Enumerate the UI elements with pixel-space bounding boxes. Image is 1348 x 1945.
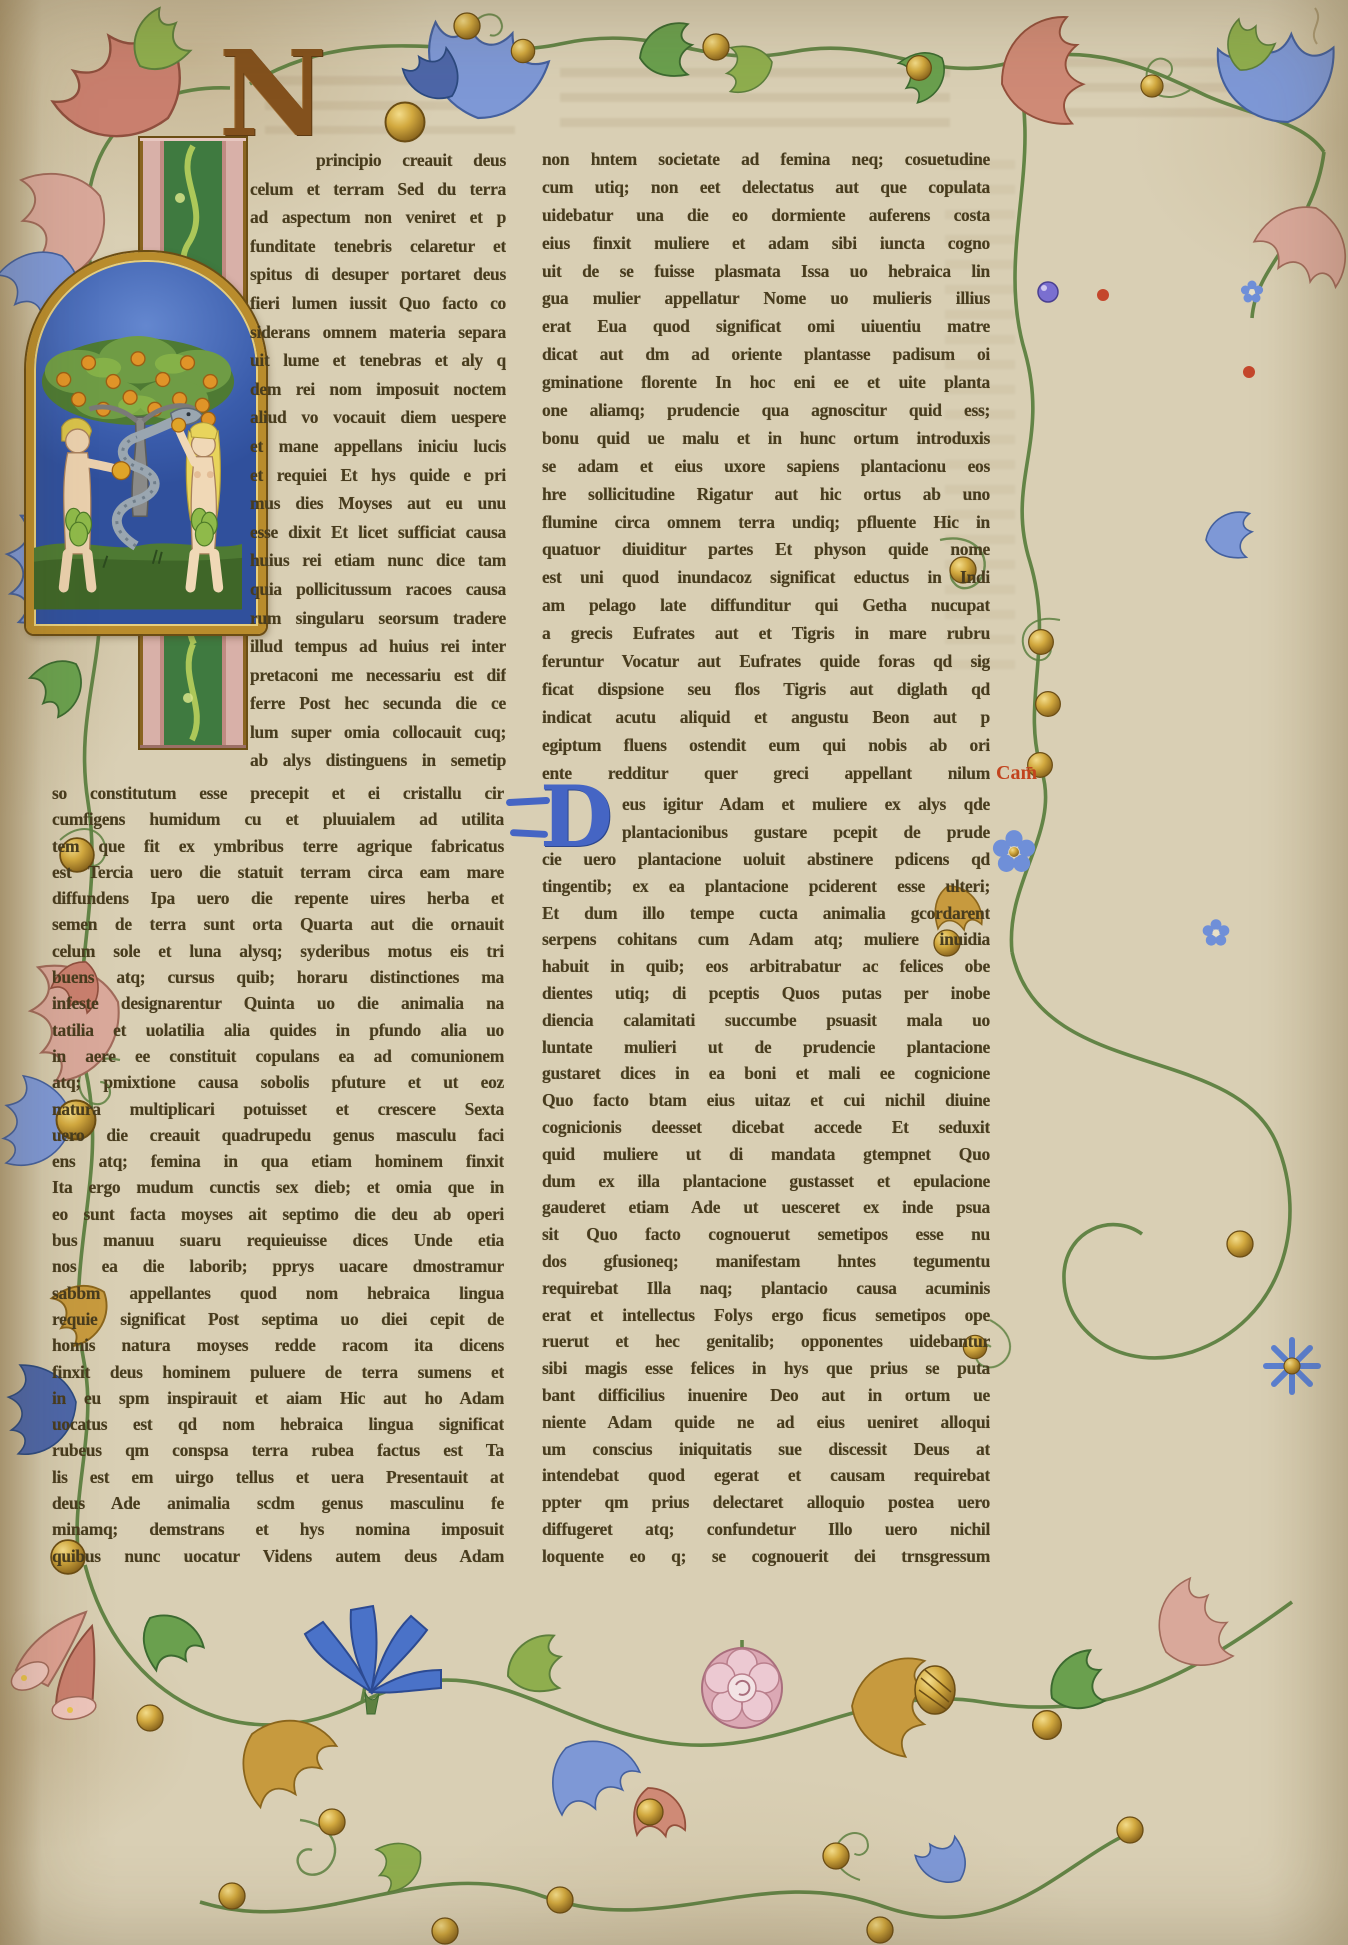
text-line: Quo facto btam eius uitaz et cui nichil … (542, 1087, 990, 1114)
text-line: infeste designarentur Quinta uo die anim… (52, 990, 504, 1016)
text-line: siderans omnem materia separa (250, 318, 506, 347)
text-line: homis natura moyses redde racom ita dice… (52, 1332, 504, 1358)
text-line: requirebat Illa naq; plantacio causa acu… (542, 1275, 990, 1302)
text-line: tem que fit ex ymbribus terre agrique fa… (52, 833, 504, 859)
text-line: ficat dispsione seu flos Tigris aut digl… (542, 676, 990, 704)
text-line: uit de se fuisse plasmata Issa uo hebrai… (542, 258, 990, 286)
text-line: lis est em uirgo tellus et uera Presenta… (52, 1464, 504, 1490)
text-line: in eu spm inspirauit et aiam Hic aut ho … (52, 1385, 504, 1411)
text-line: semen de terra sunt orta Quarta aut die … (52, 911, 504, 937)
text-line: finxit deus hominem puluere de terra sum… (52, 1359, 504, 1385)
text-line: celum sole et luna alysq; syderibus motu… (52, 938, 504, 964)
text-line: erat et intellectus Folys ergo ficus sem… (542, 1302, 990, 1329)
text-line: luntate mulieri ut de prudencie plantaci… (542, 1034, 990, 1061)
text-line: se adam et eius uxore sapiens plantacion… (542, 453, 990, 481)
text-line: flumine circa omnem terra undiq; pfluent… (542, 509, 990, 537)
trumpet-flowers-icon (7, 1612, 98, 1722)
text-line: Ita ergo mudum cunctis sex dieb; et omia… (52, 1174, 504, 1200)
text-line: illud tempus ad huius rei inter (250, 632, 506, 661)
adam-and-eve-miniature (26, 252, 266, 634)
column2-upper-text: non hntem societate ad femina neq; cosue… (542, 146, 990, 787)
text-line: non hntem societate ad femina neq; cosue… (542, 146, 990, 174)
cadel-monogram: N (208, 40, 338, 158)
text-line: et mane appellans iniciu lucis (250, 432, 506, 461)
text-line: quia pollicitussum racoes causa (250, 575, 506, 604)
text-line: bus manuu suaru requieuisse dices Unde e… (52, 1227, 504, 1253)
text-line: fieri lumen iussit Quo facto co (250, 289, 506, 318)
text-line: uocatus est qd nom hebraica lingua signi… (52, 1411, 504, 1437)
text-line: atq; pmixtione causa sobolis pfuture et … (52, 1069, 504, 1095)
text-line: uidebatur una die eo dormiente auferens … (542, 202, 990, 230)
text-line: est uni quod inundacoz significat eductu… (542, 564, 990, 592)
text-line: deus Ade animalia scdm genus masculinu f… (52, 1490, 504, 1516)
text-line: rubeus qm conspsa terra rubea factus est… (52, 1437, 504, 1463)
text-line: plantacionibus gustare pcepit de prude (622, 818, 990, 846)
text-line: eo sunt facta moyses ait septimo die deu… (52, 1201, 504, 1227)
text-line: tingentib; ex ea plantacione pciderent e… (542, 873, 990, 900)
text-line: um conscius iniquitatis sue discessit De… (542, 1436, 990, 1463)
text-line: quatuor diuiditur partes Et physon quide… (542, 536, 990, 564)
red-rubric: Cam̄ (996, 762, 1037, 785)
text-line: diffundens Ipa uero die repente uires he… (52, 885, 504, 911)
text-line: aliud vo vocauit diem uespere (250, 403, 506, 432)
text-line: quid muliere ut di mandata gtempnet Quo (542, 1141, 990, 1168)
text-line: ab alys distinguens in semetip (250, 746, 506, 775)
text-line: sibi magis esse felices in hys que prius… (542, 1355, 990, 1382)
text-line: cum utiq; non eet delectatus aut que cop… (542, 174, 990, 202)
text-line: pretaconi me necessariu est dif (250, 661, 506, 690)
text-line: intendebat quod egerat et causam require… (542, 1462, 990, 1489)
text-line: et requiei Et hys quide e pri (250, 461, 506, 490)
text-line: tatilia et uolatilia alia quides in pfun… (52, 1017, 504, 1043)
text-line: bonu quid ue malu et in hunc ortum intro… (542, 425, 990, 453)
text-line: uit lume et tenebras et aly q (250, 346, 506, 375)
text-line: one aliamq; prudencie qua agnoscitur qui… (542, 397, 990, 425)
text-line: indicat acutu aliquid et angustu Beon au… (542, 704, 990, 732)
text-line: lum super omia collocauit cuq; (250, 718, 506, 747)
text-line: requie significat Post septima uo diei c… (52, 1306, 504, 1332)
column1-lower-text: so constitutum esse precepit et ei crist… (52, 780, 504, 1569)
text-line: cumfigens humidum cu et pluuialem ad uti… (52, 806, 504, 832)
text-line: diffugeret atq; confundetur Illo uero ni… (542, 1516, 990, 1543)
text-line: est Tercia uero die statuit terram circa… (52, 859, 504, 885)
text-line: gminatione florente In hoc eni ee et uit… (542, 369, 990, 397)
text-line: niente Adam quide ne ad eius ueniret all… (542, 1409, 990, 1436)
fruit-in-eve-hand (172, 418, 186, 432)
text-line: eius finxit muliere et adam sibi iuncta … (542, 230, 990, 258)
text-line: so constitutum esse precepit et ei crist… (52, 780, 504, 806)
text-line: a grecis Eufrates aut et Tigris in mare … (542, 620, 990, 648)
text-line: eus igitur Adam et muliere ex alys qde (622, 790, 990, 818)
text-line: gua mulier appellatur Nome uo mulieris i… (542, 285, 990, 313)
text-line: loquente eo q; se cognouerit dei trnsgre… (542, 1543, 990, 1570)
text-line: dientes utiq; di pceptis Quos putas per … (542, 980, 990, 1007)
rose-flower-icon (702, 1648, 782, 1728)
text-line: Et dum illo tempe cucta animalia gcordar… (542, 900, 990, 927)
text-line: egiptum fluens ostendit eum qui nobis ab… (542, 732, 990, 760)
text-line: dem rei nom imposuit noctem (250, 375, 506, 404)
column2-initial-d-text: eus igitur Adam et muliere ex alys qdepl… (622, 790, 990, 846)
text-line: mus dies Moyses aut eu unu (250, 489, 506, 518)
text-line: funditate tenebris celaretur et (250, 232, 506, 261)
text-line: quibus nunc uocatur Videns autem deus Ad… (52, 1543, 504, 1569)
text-line: erat Eua quod significat omi uiuentiu ma… (542, 313, 990, 341)
text-line: principio creauit deus (250, 146, 506, 175)
text-line: ruerut et hec genitalib; opponentes uide… (542, 1328, 990, 1355)
text-line: buens atq; cursus quib; horaru distincti… (52, 964, 504, 990)
text-line: uero die creauit quadrupedu genus mascul… (52, 1122, 504, 1148)
column1-upper-text: principio creauit deuscelum et terram Se… (250, 146, 506, 775)
text-line: dos gfusioneq; manifestam hntes tegument… (542, 1248, 990, 1275)
text-line: huius rei etiam nunc dice tam (250, 546, 506, 575)
aster-flower-icon (1266, 1340, 1318, 1392)
text-line: diencia calamitati succumbe psuasit mala… (542, 1007, 990, 1034)
text-line: dicat aut dm ad oriente plantasse padisu… (542, 341, 990, 369)
column2-lower-text: cie uero plantacione uoluit abstinere pd… (542, 846, 990, 1570)
text-line: ppter qm prius delectaret alloquio poste… (542, 1489, 990, 1516)
text-line: in aere ee constituit copulans ea ad com… (52, 1043, 504, 1069)
text-line: ad aspectum non veniret et p (250, 203, 506, 232)
text-line: gauderet etiam Ade ut uesceret ex inde p… (542, 1194, 990, 1221)
text-line: hre sollicitudine Rigatur aut hic ortus … (542, 481, 990, 509)
text-line: serpens cohitans cum Adam atq; muliere i… (542, 926, 990, 953)
text-line: habuit in quib; eos arbitrabatur ac feli… (542, 953, 990, 980)
text-line: celum et terram Sed du terra (250, 175, 506, 204)
text-line: esse dixit Et licet sufficiat causa (250, 518, 506, 547)
text-line: natura multiplicari potuisset et crescer… (52, 1096, 504, 1122)
text-line: cognicionis deesset dicebat accede Et se… (542, 1114, 990, 1141)
text-line: sabbm appellantes quod nom hebraica ling… (52, 1280, 504, 1306)
text-line: ens atq; femina in qua etiam hominem fin… (52, 1148, 504, 1174)
text-line: sit Quo facto cognouerut semetipos esse … (542, 1221, 990, 1248)
blue-flower-icon (993, 830, 1035, 872)
text-line: am pelago late diffunditur qui Getha nuc… (542, 592, 990, 620)
manuscript-page: N (0, 0, 1348, 1945)
text-line: nos ea die laborib; pprys uacare dmostra… (52, 1253, 504, 1279)
text-line: rum singularu seorsum tradere (250, 604, 506, 633)
text-line: ferre Post hec secunda die ce (250, 689, 506, 718)
text-line: dum ex illa plantacione gustasset et epu… (542, 1168, 990, 1195)
text-line: gustaret dices in ea boni et mali ee cog… (542, 1060, 990, 1087)
text-line: spitus di desuper portaret deus (250, 260, 506, 289)
fruit-in-adam-hand (112, 462, 130, 480)
gold-bud-icon (915, 1666, 955, 1714)
lombard-initial-D: D (540, 778, 640, 862)
text-line: feruntur Vocatur aut Eufrates quide fora… (542, 648, 990, 676)
text-line: bant difficilius inuenire Deo aut in ort… (542, 1382, 990, 1409)
text-line: minamq; demstrans et hys nomina imposuit (52, 1516, 504, 1542)
